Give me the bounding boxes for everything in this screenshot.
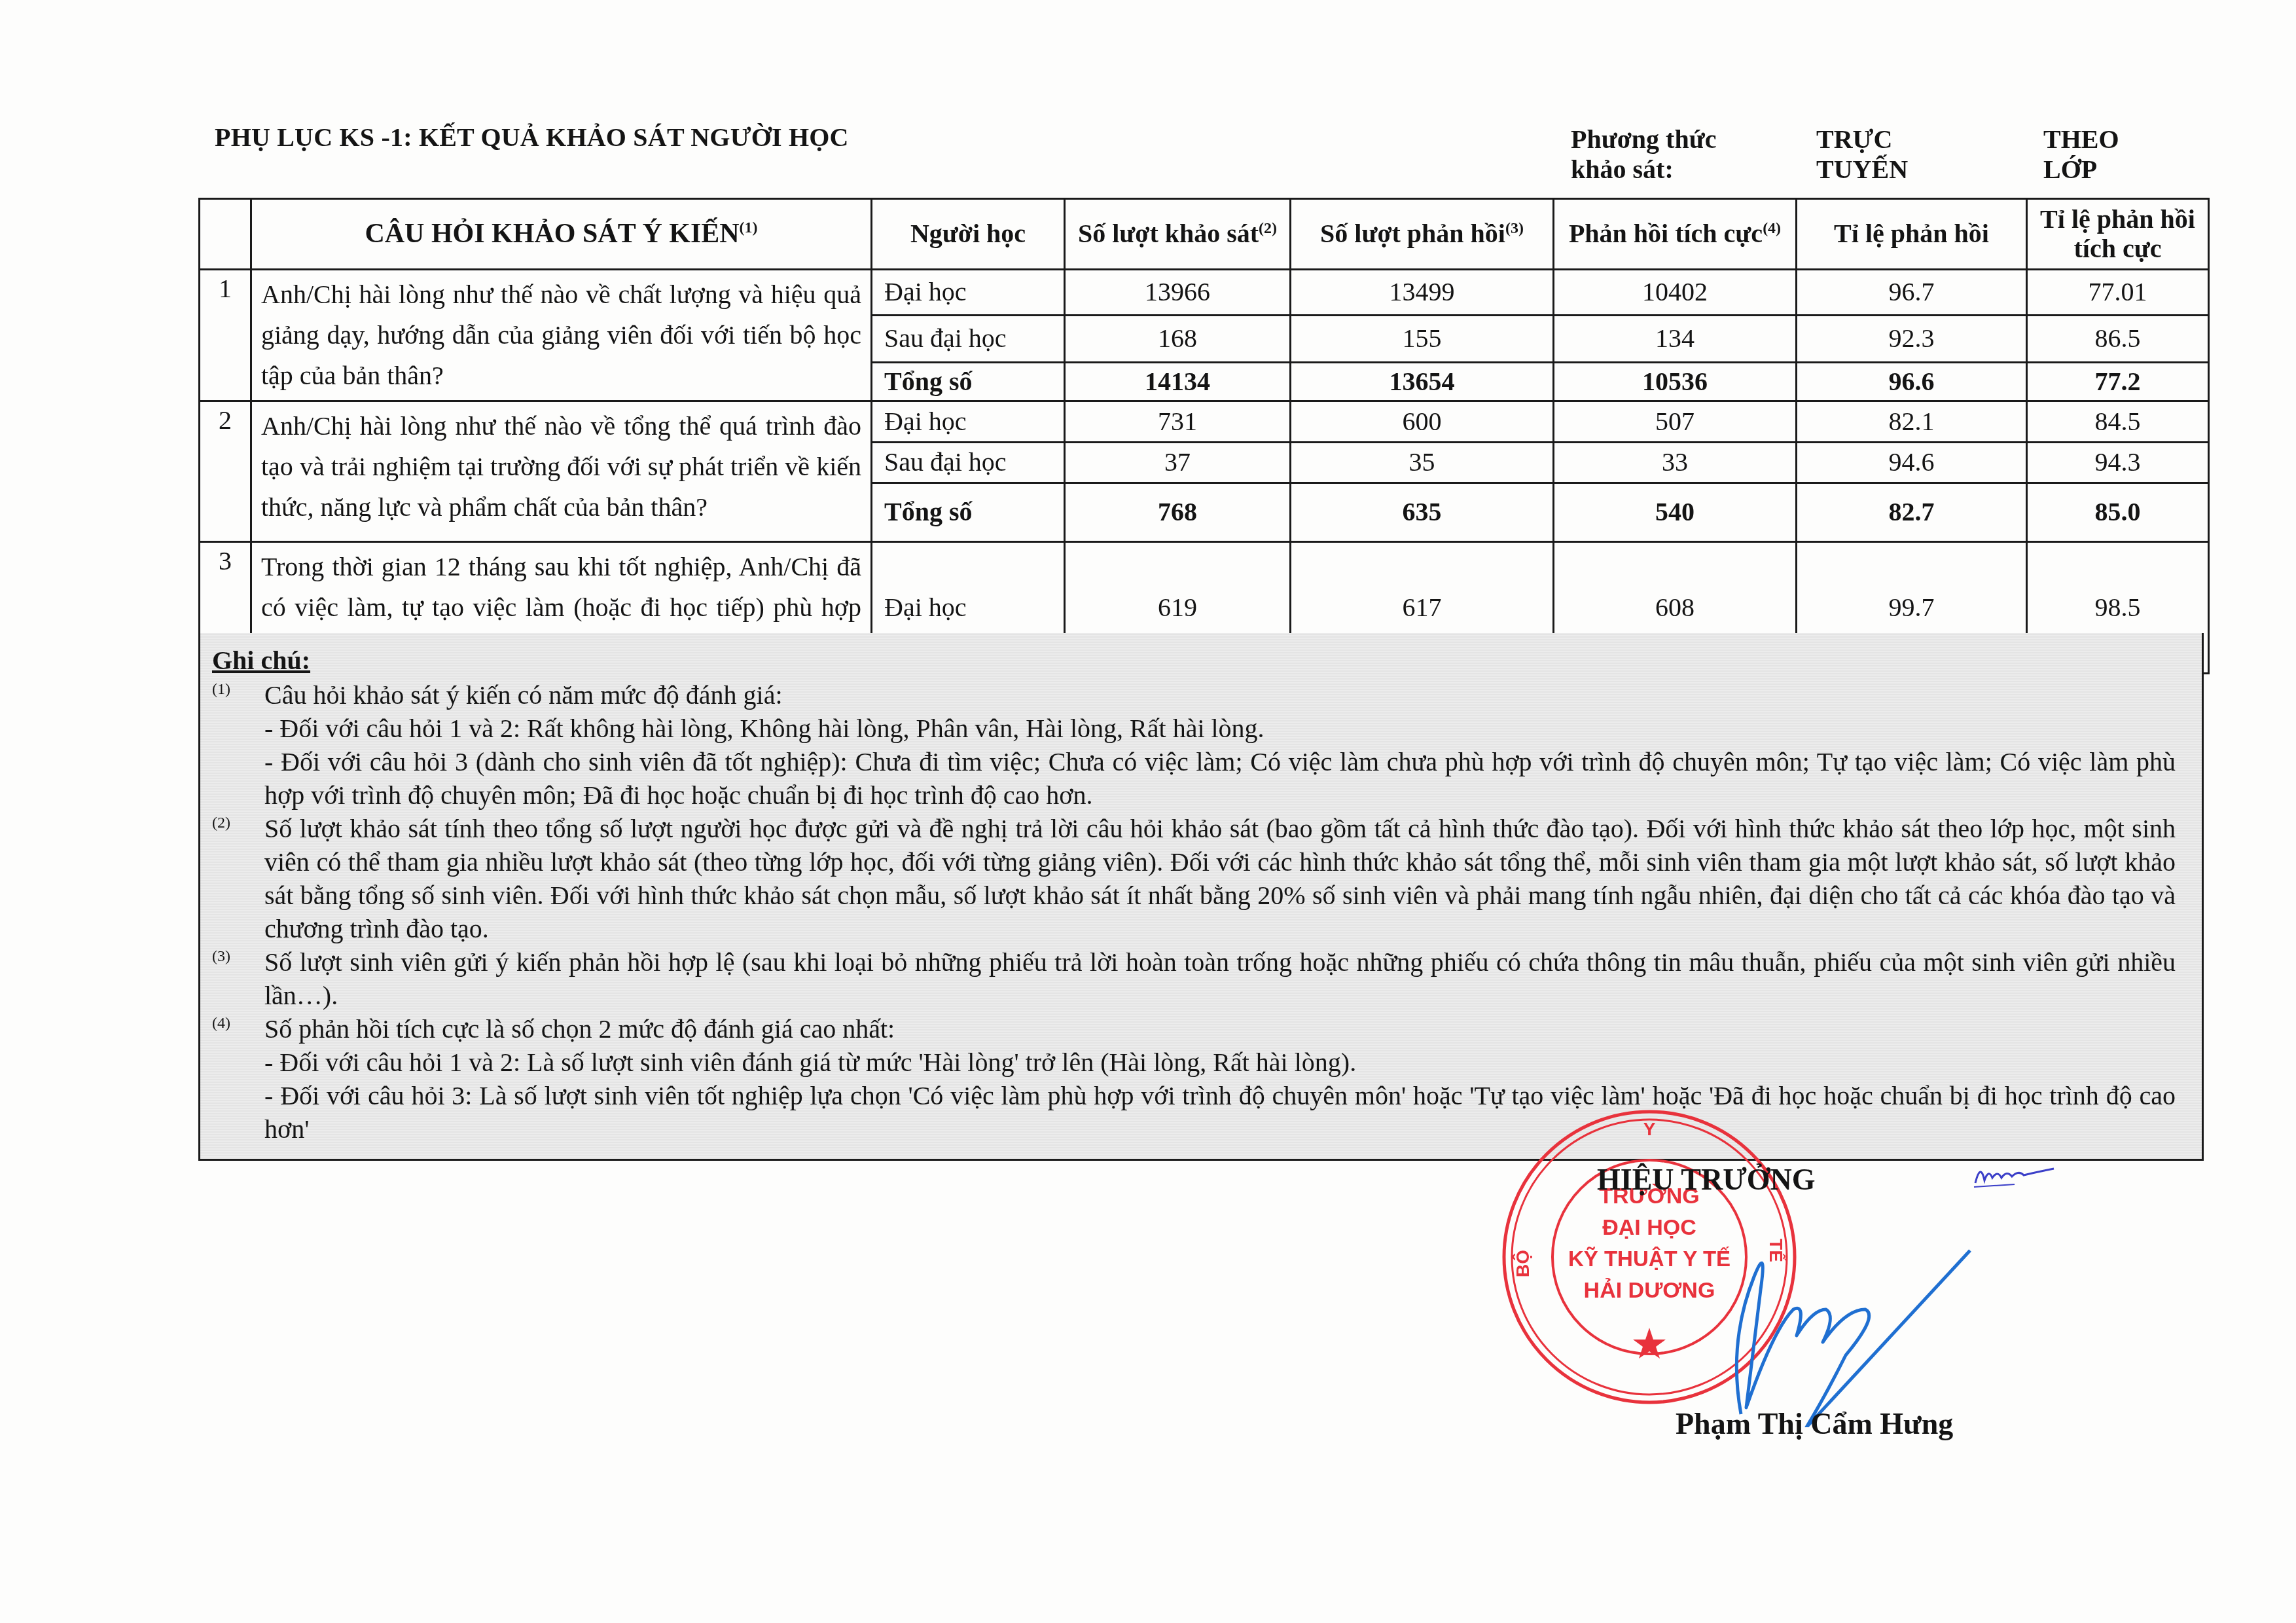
question-number: 1 <box>200 270 251 401</box>
svg-text:ĐẠI HỌC: ĐẠI HỌC <box>1602 1215 1696 1240</box>
responses-cell: 635 <box>1291 483 1554 542</box>
responses-cell: 155 <box>1291 316 1554 363</box>
note-line: - Đối với câu hỏi 1 và 2: Là số lượt sin… <box>264 1046 2176 1079</box>
positive-rate-cell: 86.5 <box>2027 316 2209 363</box>
note-line: Số phản hồi tích cực là số chọn 2 mức độ… <box>264 1012 2176 1046</box>
survey-method-by-class: THEO LỚP <box>2043 124 2148 185</box>
responses-cell: 13654 <box>1291 362 1554 401</box>
positive-rate-cell: 84.5 <box>2027 401 2209 443</box>
response-rate-cell: 82.1 <box>1797 401 2027 443</box>
table-row: 2Anh/Chị hài lòng như thế nào về tổng th… <box>200 401 2209 443</box>
surveyed-cell: 37 <box>1065 443 1291 483</box>
survey-method-label: Phương thức khảo sát: <box>1571 124 1767 185</box>
surveyed-cell: 13966 <box>1065 270 1291 316</box>
question-text: Anh/Chị hài lòng như thế nào về chất lượ… <box>251 270 872 401</box>
document-title: PHỤ LỤC KS -1: KẾT QUẢ KHẢO SÁT NGƯỜI HỌ… <box>215 122 849 153</box>
surveyed-cell: 768 <box>1065 483 1291 542</box>
responses-cell: 35 <box>1291 443 1554 483</box>
signatory-title: HIỆU TRƯỞNG <box>1597 1162 1816 1197</box>
surveyed-cell: 14134 <box>1065 362 1291 401</box>
signatory-name: Phạm Thị Cẩm Hưng <box>1676 1406 1953 1441</box>
learner-cell: Tổng số <box>872 483 1065 542</box>
question-number: 2 <box>200 401 251 542</box>
note-line: Số lượt sinh viên gửi ý kiến phản hồi hợ… <box>264 945 2176 1012</box>
notes-title: Ghi chú: <box>212 644 2176 677</box>
note-marker: (3) <box>212 940 230 974</box>
note-line: - Đối với câu hỏi 3: Là số lượt sinh viê… <box>264 1079 2176 1146</box>
positive-cell: 134 <box>1554 316 1797 363</box>
svg-text:Y: Y <box>1643 1119 1656 1139</box>
note-line: Câu hỏi khảo sát ý kiến có năm mức độ đá… <box>264 678 2176 712</box>
survey-results-table: CÂU HỎI KHẢO SÁT Ý KIẾN(1) Người học Số … <box>198 198 2210 674</box>
header-response-rate: Tỉ lệ phản hồi <box>1797 199 2027 270</box>
note-item: (2)Số lượt khảo sát tính theo tổng số lư… <box>212 812 2176 945</box>
header-surveyed: Số lượt khảo sát(2) <box>1065 199 1291 270</box>
svg-text:KỸ THUẬT Y TẾ: KỸ THUẬT Y TẾ <box>1568 1247 1731 1271</box>
positive-cell: 33 <box>1554 443 1797 483</box>
response-rate-cell: 94.6 <box>1797 443 2027 483</box>
note-item: (4)Số phản hồi tích cực là số chọn 2 mức… <box>212 1012 2176 1146</box>
learner-cell: Sau đại học <box>872 443 1065 483</box>
response-rate-cell: 82.7 <box>1797 483 2027 542</box>
note-line: - Đối với câu hỏi 1 và 2: Rất không hài … <box>264 712 2176 745</box>
positive-rate-cell: 77.01 <box>2027 270 2209 316</box>
header-positive-rate: Tỉ lệ phản hồi tích cực <box>2027 199 2209 270</box>
responses-cell: 600 <box>1291 401 1554 443</box>
header-no <box>200 199 251 270</box>
note-item: (3)Số lượt sinh viên gửi ý kiến phản hồi… <box>212 945 2176 1012</box>
learner-cell: Đại học <box>872 401 1065 443</box>
header-positive: Phản hồi tích cực(4) <box>1554 199 1797 270</box>
note-line: - Đối với câu hỏi 3 (dành cho sinh viên … <box>264 745 2176 812</box>
surveyed-cell: 168 <box>1065 316 1291 363</box>
signature-icon <box>1715 1211 1977 1427</box>
positive-rate-cell: 77.2 <box>2027 362 2209 401</box>
positive-rate-cell: 85.0 <box>2027 483 2209 542</box>
responses-cell: 13499 <box>1291 270 1554 316</box>
positive-cell: 10402 <box>1554 270 1797 316</box>
notes-section: Ghi chú: (1)Câu hỏi khảo sát ý kiến có n… <box>198 633 2204 1161</box>
svg-text:HẢI DƯƠNG: HẢI DƯƠNG <box>1584 1278 1715 1303</box>
note-line: Số lượt khảo sát tính theo tổng số lượt … <box>264 812 2176 945</box>
note-marker: (2) <box>212 807 230 840</box>
note-item: (1)Câu hỏi khảo sát ý kiến có năm mức độ… <box>212 678 2176 812</box>
response-rate-cell: 96.6 <box>1797 362 2027 401</box>
learner-cell: Sau đại học <box>872 316 1065 363</box>
header-responses: Số lượt phản hồi(3) <box>1291 199 1554 270</box>
learner-cell: Tổng số <box>872 362 1065 401</box>
question-text: Anh/Chị hài lòng như thế nào về tổng thể… <box>251 401 872 542</box>
survey-method-online: TRỰC TUYẾN <box>1816 124 1934 185</box>
svg-text:BỘ: BỘ <box>1512 1250 1533 1277</box>
positive-cell: 10536 <box>1554 362 1797 401</box>
response-rate-cell: 92.3 <box>1797 316 2027 363</box>
table-row: 1Anh/Chị hài lòng như thế nào về chất lư… <box>200 270 2209 316</box>
note-marker: (4) <box>212 1007 230 1040</box>
positive-cell: 507 <box>1554 401 1797 443</box>
initials-icon <box>1969 1156 2060 1195</box>
note-marker: (1) <box>212 673 230 706</box>
positive-rate-cell: 94.3 <box>2027 443 2209 483</box>
positive-cell: 540 <box>1554 483 1797 542</box>
header-learner: Người học <box>872 199 1065 270</box>
learner-cell: Đại học <box>872 270 1065 316</box>
response-rate-cell: 96.7 <box>1797 270 2027 316</box>
header-question: CÂU HỎI KHẢO SÁT Ý KIẾN(1) <box>251 199 872 270</box>
surveyed-cell: 731 <box>1065 401 1291 443</box>
table-header-row: CÂU HỎI KHẢO SÁT Ý KIẾN(1) Người học Số … <box>200 199 2209 270</box>
